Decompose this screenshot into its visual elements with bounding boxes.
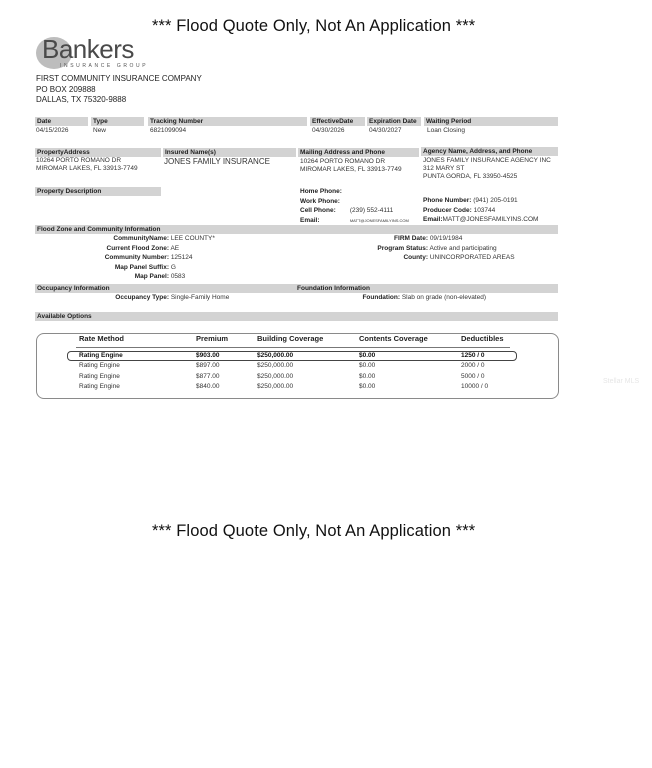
work-phone-label: Work Phone: [300, 197, 340, 207]
mailing-address-line-1: 10264 PORTO ROMANO DR [300, 158, 402, 166]
header-divider [76, 347, 510, 348]
quote-type: New [93, 127, 106, 135]
option-cell-contents-coverage: $0.00 [359, 352, 375, 359]
col-premium: Premium [196, 334, 228, 343]
banner-top: *** Flood Quote Only, Not An Application… [152, 17, 475, 36]
option-cell-deductible: 2000 / 0 [461, 362, 485, 369]
agency-address-line-1: 312 MARY ST [423, 165, 551, 173]
community-number-label: Community Number: [36, 253, 169, 263]
col-contents-coverage: Contents Coverage [359, 334, 428, 343]
option-cell-building-coverage: $250,000.00 [257, 373, 293, 380]
option-cell-premium: $877.00 [196, 373, 220, 380]
firm-date-label: FIRM Date: [300, 234, 428, 244]
option-cell-contents-coverage: $0.00 [359, 383, 375, 390]
banner-bottom: *** Flood Quote Only, Not An Application… [152, 522, 475, 541]
col-deductibles: Deductibles [461, 334, 504, 343]
company-block: FIRST COMMUNITY INSURANCE COMPANY PO BOX… [36, 74, 202, 106]
map-panel-label: Map Panel: [36, 272, 169, 282]
option-cell-contents-coverage: $0.00 [359, 362, 375, 369]
community-name-label: CommunityName: [36, 234, 169, 244]
col-rate-method: Rate Method [79, 334, 124, 343]
map-suffix-label: Map Panel Suffix: [36, 263, 169, 273]
mailing-address-line-2: MIROMAR LAKES, FL 33913-7749 [300, 166, 402, 174]
col-building-coverage: Building Coverage [257, 334, 323, 343]
property-address-line-1: 10264 PORTO ROMANO DR [36, 157, 138, 165]
tracking-number: 6821099094 [150, 127, 186, 135]
expiration-date: 04/30/2027 [369, 127, 402, 135]
home-phone-label: Home Phone: [300, 187, 342, 197]
map-suffix: G [171, 264, 176, 271]
option-cell-rate-method: Rating Engine [79, 373, 120, 380]
flood-zone-header: Flood Zone and Community Information [35, 225, 558, 234]
producer-code: 103744 [474, 207, 496, 214]
flood-zone-left: CommunityName: LEE COUNTY* Current Flood… [36, 234, 215, 282]
option-cell-deductible: 10000 / 0 [461, 383, 488, 390]
mailing-email: MATT@JONESFAMILYINS.COM [350, 218, 409, 223]
logo-subtitle: INSURANCE GROUP [60, 63, 148, 69]
agency-phone-label: Phone Number: [423, 196, 471, 206]
occupancy-header: Occupancy Information [35, 284, 295, 293]
waiting-period: Loan Closing [427, 127, 465, 135]
property-address-header: PropertyAddress [35, 148, 161, 157]
firm-date: 09/19/1984 [430, 235, 463, 242]
agency-email: MATT@JONESFAMILYINS.COM [443, 216, 539, 223]
county-label: County: [300, 253, 428, 263]
agency-header: Agency Name, Address, and Phone [421, 147, 558, 156]
flood-zone-label: Current Flood Zone: [36, 244, 169, 254]
agency-email-label: Email: [423, 215, 443, 225]
option-cell-premium: $840.00 [196, 383, 220, 390]
county: UNINCORPORATED AREAS [430, 254, 515, 261]
option-cell-rate-method: Rating Engine [79, 352, 123, 359]
occupancy-type-label: Occupancy Type: [36, 293, 169, 303]
cell-phone-label: Cell Phone: [300, 206, 348, 216]
option-cell-rate-method: Rating Engine [79, 383, 120, 390]
quote-date: 04/15/2026 [36, 127, 69, 135]
option-cell-building-coverage: $250,000.00 [257, 383, 293, 390]
insured-header: Insured Name(s) [163, 148, 296, 157]
agency-info: JONES FAMILY INSURANCE AGENCY INC 312 MA… [423, 157, 551, 181]
company-address-2: DALLAS, TX 75320-9888 [36, 95, 202, 106]
option-cell-premium: $903.00 [196, 352, 220, 359]
property-description-header: Property Description [35, 187, 161, 196]
option-cell-deductible: 5000 / 0 [461, 373, 485, 380]
option-cell-premium: $897.00 [196, 362, 220, 369]
property-address-line-2: MIROMAR LAKES, FL 33913-7749 [36, 165, 138, 173]
cell-phone: (239) 552-4111 [350, 207, 394, 214]
logo-wordmark: Bankers [42, 36, 134, 62]
option-cell-rate-method: Rating Engine [79, 362, 120, 369]
agency-address-line-2: PUNTA GORDA, FL 33950-4525 [423, 173, 551, 181]
effective-date: 04/30/2026 [312, 127, 345, 135]
option-cell-building-coverage: $250,000.00 [257, 352, 293, 359]
date-header: Date [35, 117, 88, 126]
occupancy-row: Occupancy Type: Single-Family Home [36, 293, 229, 303]
foundation-row: Foundation: Slab on grade (non-elevated) [300, 293, 486, 303]
option-cell-contents-coverage: $0.00 [359, 373, 375, 380]
foundation-header: Foundation Information [295, 284, 558, 293]
foundation-type: Slab on grade (non-elevated) [402, 294, 486, 301]
effective-header: EffectiveDate [310, 117, 365, 126]
insured-name: JONES FAMILY INSURANCE [164, 158, 270, 166]
map-panel: 0583 [171, 273, 185, 280]
producer-code-label: Producer Code: [423, 206, 472, 216]
mailing-address: 10264 PORTO ROMANO DR MIROMAR LAKES, FL … [300, 158, 402, 174]
type-header: Type [91, 117, 144, 126]
mailing-email-label: Email: [300, 216, 348, 226]
company-name: FIRST COMMUNITY INSURANCE COMPANY [36, 74, 202, 85]
mailing-header: Mailing Address and Phone [298, 148, 419, 157]
agency-phone: (941) 205-0191 [473, 197, 517, 204]
option-cell-deductible: 1250 / 0 [461, 352, 485, 359]
watermark: Stellar MLS [603, 378, 639, 385]
program-status: Active and participating [429, 245, 496, 252]
option-cell-building-coverage: $250,000.00 [257, 362, 293, 369]
flood-zone-value: AE [170, 245, 179, 252]
program-status-label: Program Status: [300, 244, 428, 254]
flood-zone-right: FIRM Date: 09/19/1984 Program Status: Ac… [300, 234, 515, 263]
community-number: 125124 [171, 254, 193, 261]
foundation-type-label: Foundation: [300, 293, 400, 303]
agency-contacts: Phone Number: (941) 205-0191 Producer Co… [423, 196, 538, 225]
occupancy-type: Single-Family Home [171, 294, 230, 301]
waiting-header: Waiting Period [424, 117, 558, 126]
available-options-header: Available Options [35, 312, 558, 321]
expiration-header: Expiration Date [367, 117, 421, 126]
tracking-header: Tracking Number [148, 117, 307, 126]
community-name: LEE COUNTY* [171, 235, 215, 242]
property-address: 10264 PORTO ROMANO DR MIROMAR LAKES, FL … [36, 157, 138, 173]
company-address-1: PO BOX 209888 [36, 85, 202, 96]
mailing-phones: Home Phone: Work Phone: Cell Phone: (239… [300, 187, 409, 225]
agency-name: JONES FAMILY INSURANCE AGENCY INC [423, 157, 551, 165]
